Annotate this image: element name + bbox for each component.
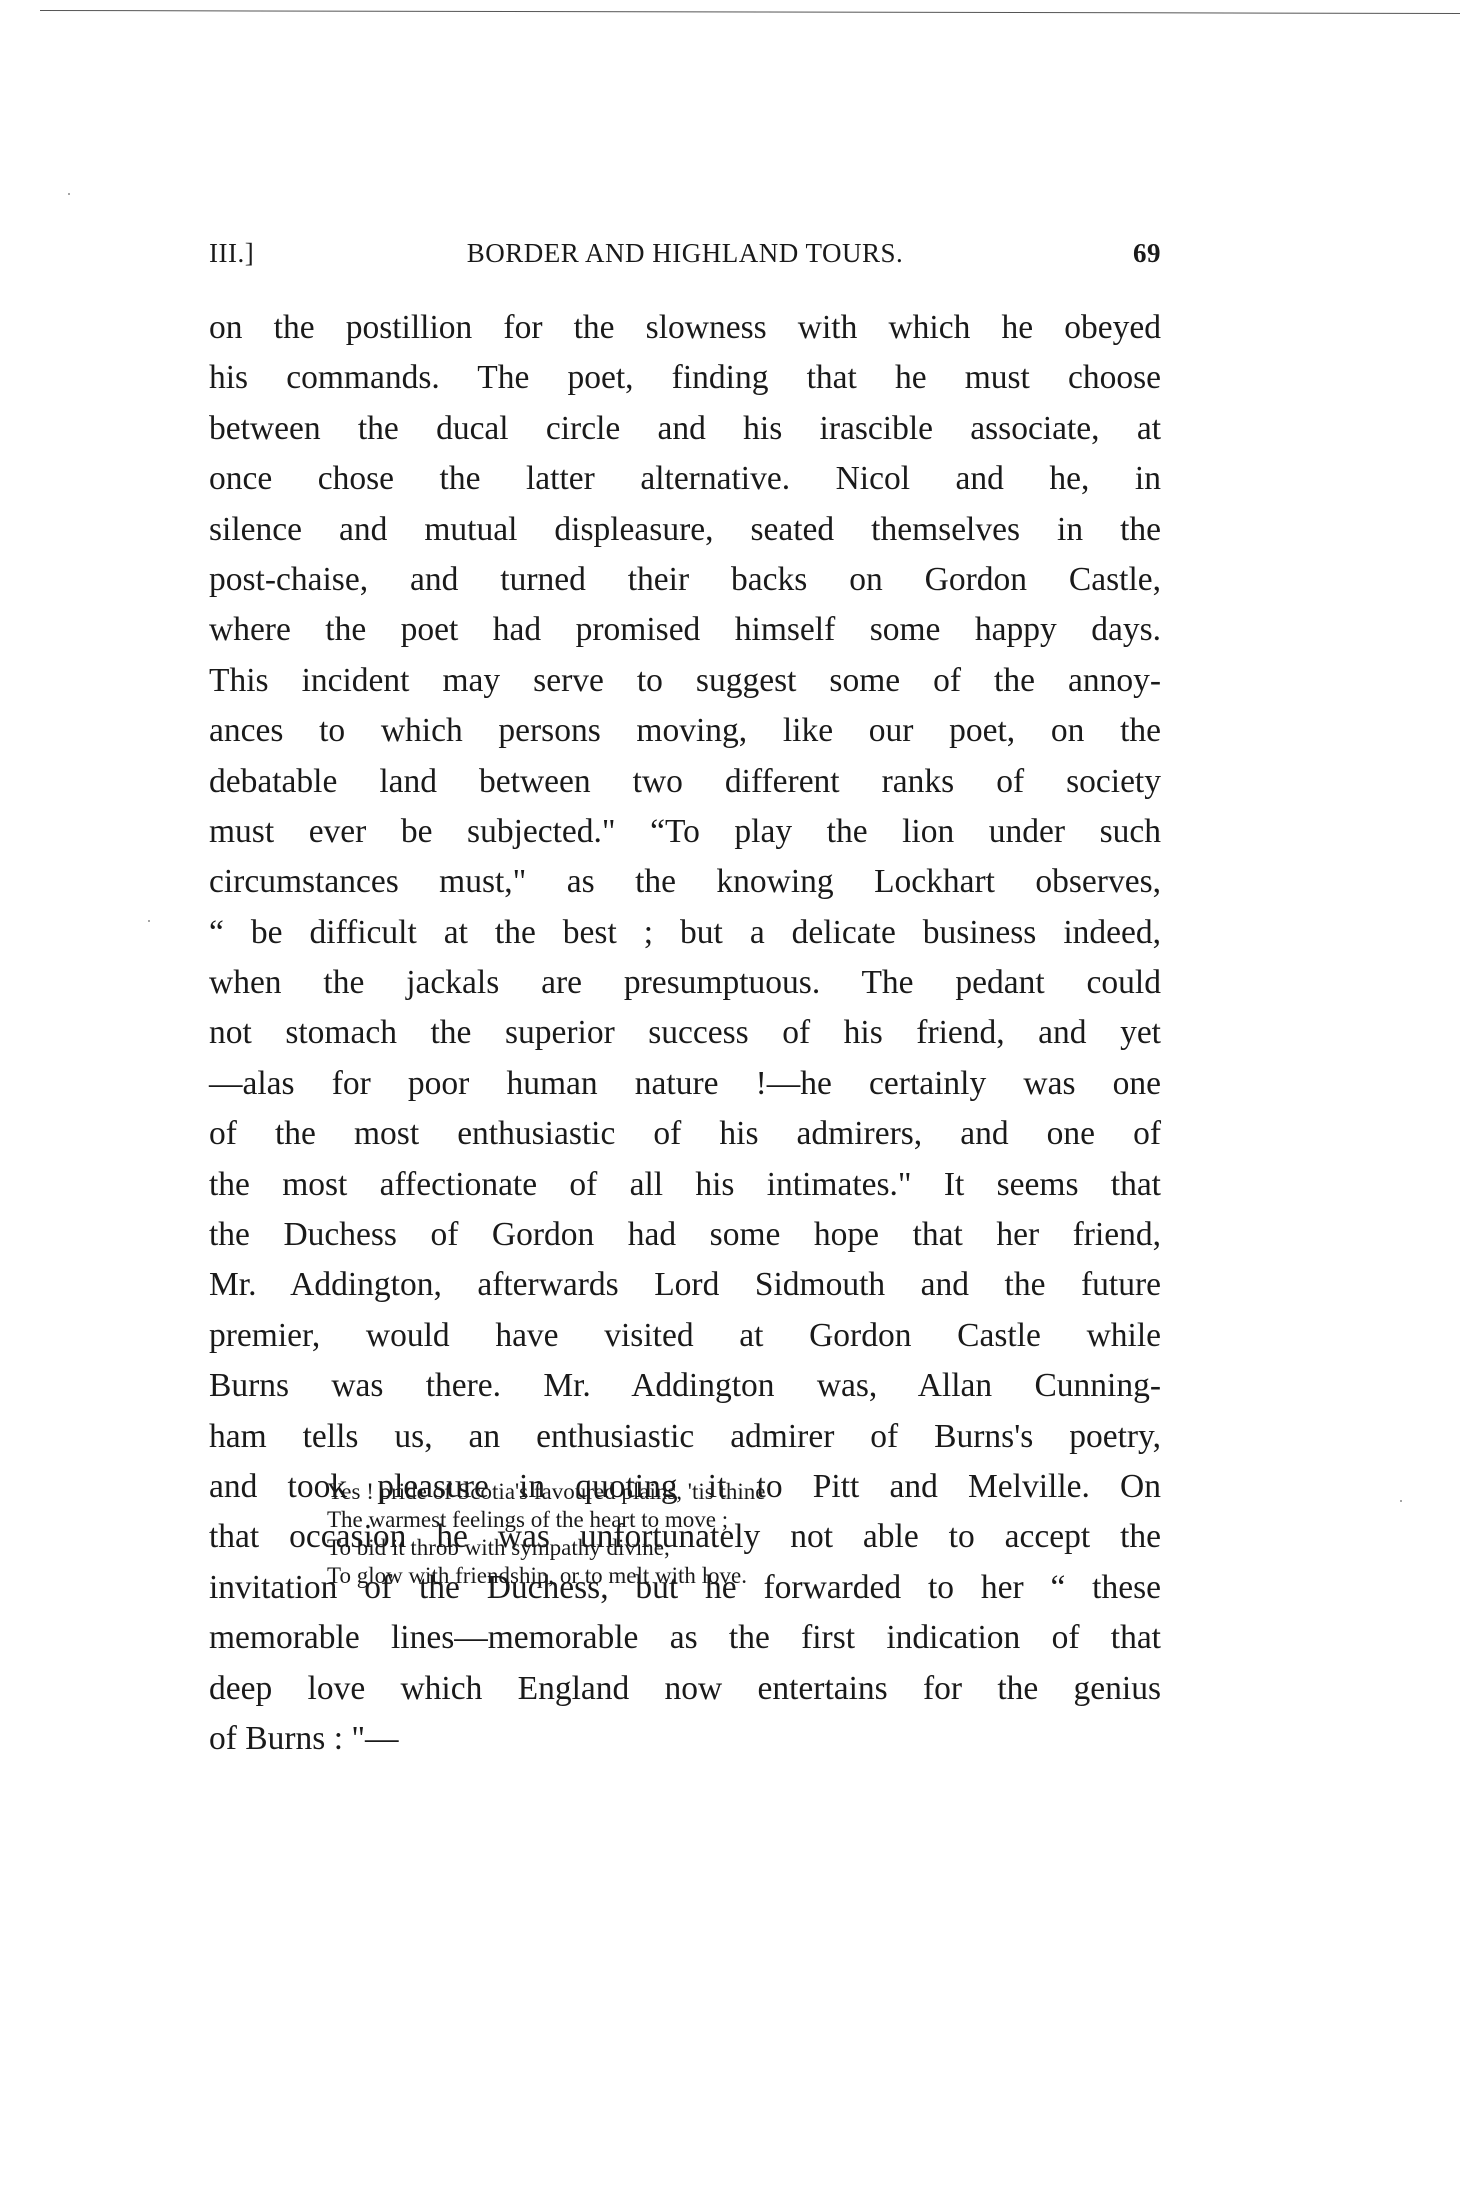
body-line: the Duchess of Gordon had some hope that… [209, 1210, 1161, 1260]
poem-line: To glow with friendship, or to melt with… [327, 1562, 765, 1590]
scan-speck [148, 920, 150, 922]
body-line: between the ducal circle and his irascib… [209, 404, 1161, 454]
body-line: This incident may serve to suggest some … [209, 656, 1161, 706]
body-line: not stomach the superior success of his … [209, 1008, 1161, 1058]
scan-speck [1400, 1500, 1402, 1502]
body-line: ances to which persons moving, like our … [209, 706, 1161, 756]
scan-speck [68, 193, 70, 195]
body-line: Burns was there. Mr. Addington was, Alla… [209, 1361, 1161, 1411]
body-line: once chose the latter alternative. Nicol… [209, 454, 1161, 504]
body-line: post-chaise, and turned their backs on G… [209, 555, 1161, 605]
body-line: premier, would have visited at Gordon Ca… [209, 1311, 1161, 1361]
body-line: debatable land between two different ran… [209, 757, 1161, 807]
page-number: 69 [1133, 238, 1161, 269]
body-line: ham tells us, an enthusiastic admirer of… [209, 1412, 1161, 1462]
poem-quotation: Yes ! pride of Scotia's favoured plains,… [327, 1478, 765, 1590]
body-line: “ be difficult at the best ; but a delic… [209, 908, 1161, 958]
poem-line: Yes ! pride of Scotia's favoured plains,… [327, 1478, 765, 1506]
body-line: of the most enthusiastic of his admirers… [209, 1109, 1161, 1159]
running-head: III.] BORDER AND HIGHLAND TOURS. 69 [209, 238, 1161, 272]
body-line: circumstances must," as the knowing Lock… [209, 857, 1161, 907]
poem-line: The warmest feelings of the heart to mov… [327, 1506, 765, 1534]
body-line: silence and mutual displeasure, seated t… [209, 505, 1161, 555]
body-line: when the jackals are presumptuous. The p… [209, 958, 1161, 1008]
body-line: the most affectionate of all his intimat… [209, 1160, 1161, 1210]
body-line: where the poet had promised himself some… [209, 605, 1161, 655]
poem-line: To bid it throb with sympathy divine, [327, 1534, 765, 1562]
body-line: on the postillion for the slowness with … [209, 303, 1161, 353]
body-line: his commands. The poet, finding that he … [209, 353, 1161, 403]
body-line: of Burns : "— [209, 1714, 1161, 1764]
running-title: BORDER AND HIGHLAND TOURS. [209, 238, 1161, 269]
body-line: memorable lines—memorable as the first i… [209, 1613, 1161, 1663]
body-line: must ever be subjected." “To play the li… [209, 807, 1161, 857]
body-line: Mr. Addington, afterwards Lord Sidmouth … [209, 1260, 1161, 1310]
scan-top-edge-rule [40, 10, 1460, 14]
body-line: —alas for poor human nature !—he certain… [209, 1059, 1161, 1109]
body-line: deep love which England now entertains f… [209, 1664, 1161, 1714]
